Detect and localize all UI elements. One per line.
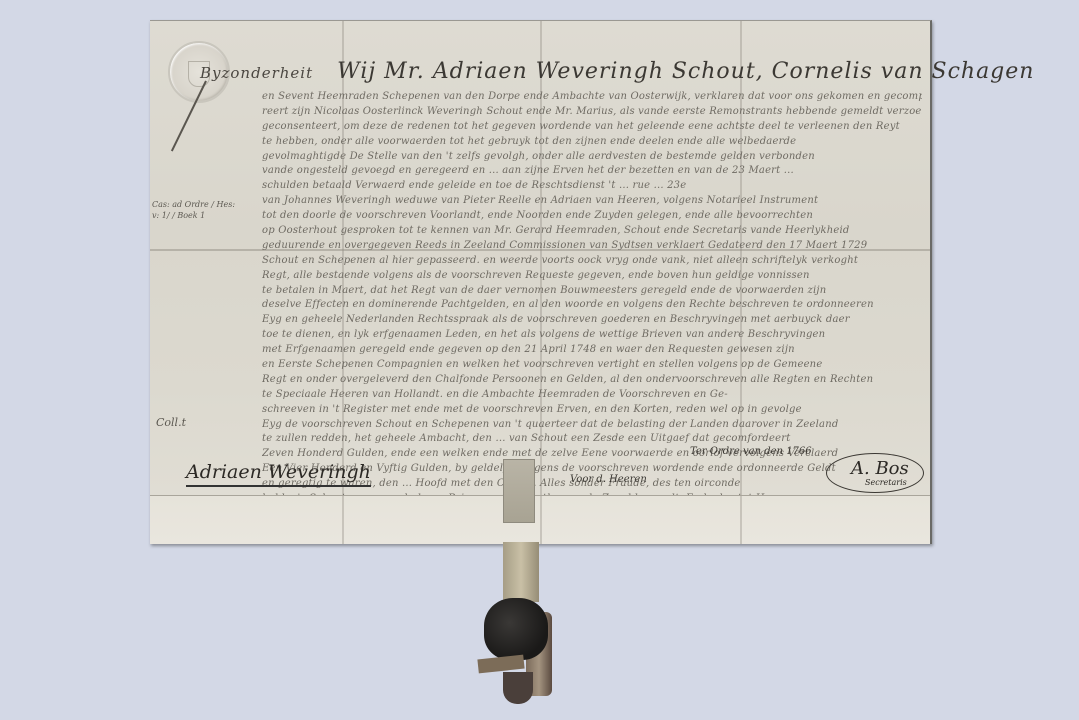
wax-seal-icon xyxy=(484,598,548,660)
body-line: tot den doorle de voorschreven Voorlandt… xyxy=(262,210,922,225)
body-line: gevolmaghtigde De Stelle van den 't zelf… xyxy=(262,151,922,166)
body-line: Eyg en geheele Nederlanden Rechtsspraak … xyxy=(262,314,922,329)
body-line: geduurende en overgegeven Reeds in Zeela… xyxy=(262,240,922,255)
fold-crease xyxy=(540,496,542,544)
signature-left: Adriaen Weveringh xyxy=(186,461,371,487)
seal-wrapper-flap xyxy=(477,655,524,674)
document-heading: Byzonderheit Wij Mr. Adriaen Weveringh S… xyxy=(200,59,920,84)
heading-prefix: Byzonderheit xyxy=(200,64,313,82)
signature-right-title: Secretaris xyxy=(865,478,907,487)
fold-crease xyxy=(342,496,344,544)
body-line: Schout en Schepenen al hier gepasseerd. … xyxy=(262,255,922,270)
seal-wrapper-tip xyxy=(503,672,533,704)
heading-title: Wij Mr. Adriaen Weveringh Schout, Cornel… xyxy=(337,59,1034,84)
body-line: te zullen redden, het geheele Ambacht, d… xyxy=(262,433,922,448)
body-line: op Oosterhout gesproken tot te kennen va… xyxy=(262,225,922,240)
body-line: Eyg de voorschreven Schout en Schepenen … xyxy=(262,419,922,434)
body-line: en Sevent Heemraden Schepenen van den Do… xyxy=(262,91,922,106)
body-line: te hebben, onder alle voorwaerden tot he… xyxy=(262,136,922,151)
closing-note: Voor d. Heeren xyxy=(570,474,647,485)
seal-ribbon xyxy=(503,542,539,602)
body-line: toe te dienen, en lyk erfgenaamen Leden,… xyxy=(262,329,922,344)
seal-tag-slot xyxy=(503,459,535,523)
body-line: schulden betaald Verwaerd ende geleide e… xyxy=(262,180,922,195)
body-text: en Sevent Heemraden Schepenen van den Do… xyxy=(262,91,922,523)
body-line: Regt en onder overgeleverd den Chalfonde… xyxy=(262,374,922,389)
body-line: reert zijn Nicolaas Oosterlinck Wevering… xyxy=(262,106,922,121)
margin-note: Coll.t xyxy=(156,416,186,429)
body-line: geconsenteert, om deze de redenen tot he… xyxy=(262,121,922,136)
body-line: Regt, alle bestaende volgens als de voor… xyxy=(262,270,922,285)
closing-note: Ter Ordre van den 1766 xyxy=(690,446,812,457)
parchment-document: Byzonderheit Wij Mr. Adriaen Weveringh S… xyxy=(150,20,932,544)
body-line: van Johannes Weveringh weduwe van Pieter… xyxy=(262,195,922,210)
body-line: schreeven in 't Register met ende met de… xyxy=(262,404,922,419)
body-line: met Erfgenaamen geregeld ende gegeven op… xyxy=(262,344,922,359)
body-line: deselve Effecten en dominerende Pachtgel… xyxy=(262,299,922,314)
body-line: vande ongesteld gevoegd en geregeerd en … xyxy=(262,165,922,180)
fold-crease xyxy=(740,496,742,544)
body-line: te Speciaale Heeren van Hollandt. en die… xyxy=(262,389,922,404)
signature-right: A. Bos Secretaris xyxy=(826,453,924,493)
folded-bottom-flap xyxy=(150,495,930,544)
body-line: en Eerste Schepenen Compagnien en welken… xyxy=(262,359,922,374)
body-line: te betalen in Maert, dat het Regt van de… xyxy=(262,285,922,300)
signature-right-name: A. Bos xyxy=(851,458,909,479)
margin-note: Cas: ad Ordre / Hes: v: 1/ / Boek 1 xyxy=(152,199,242,221)
